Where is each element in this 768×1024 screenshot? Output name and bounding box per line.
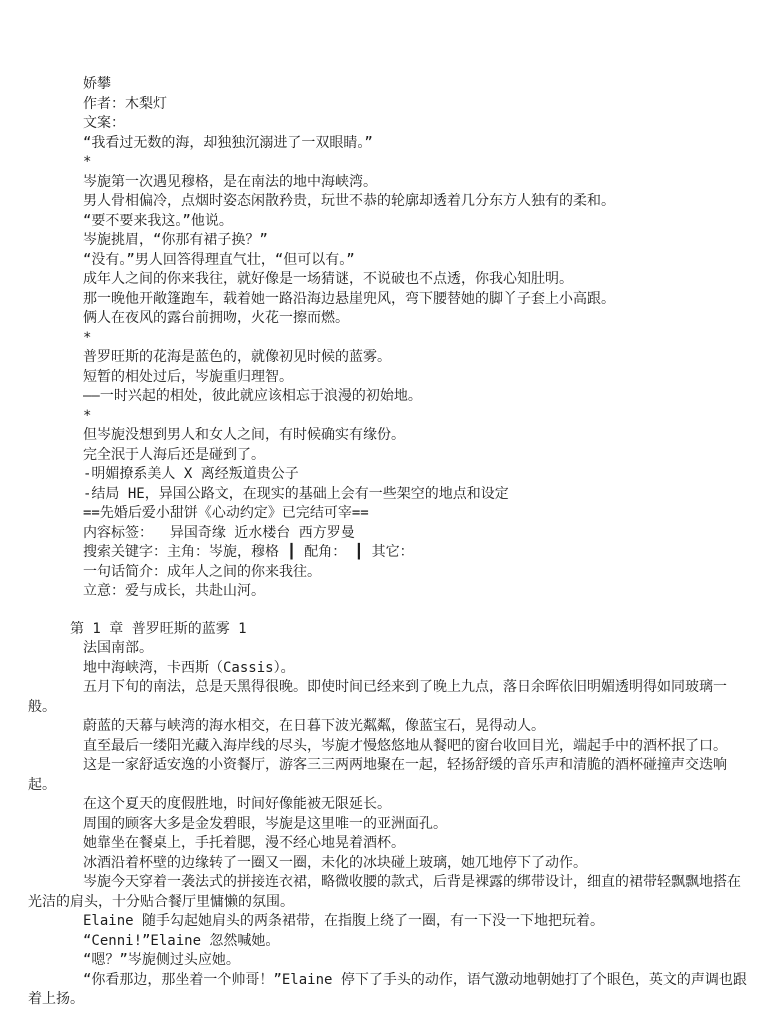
intro-line: “要不要来我这。”他说。 [28, 212, 750, 232]
promo-line: ==先婚后爱小甜饼《心动约定》已完结可宰== [28, 504, 750, 524]
body-paragraph: 岑旎今天穿着一袭法式的拼接连衣裙，略微收腰的款式，后背是裸露的绑带设计，细直的裙… [28, 873, 750, 912]
intro-line: 普罗旺斯的花海是蓝色的，就像初见时候的蓝雾。 [28, 348, 750, 368]
intro-line: “没有。”男人回答得理直气壮，“但可以有。” [28, 251, 750, 271]
search-keywords-line: 搜索关键字：主角：岑旎，穆格 ┃ 配角： ┃ 其它： [28, 543, 750, 563]
body-paragraph: 直至最后一缕阳光藏入海岸线的尽头，岑旎才慢悠悠地从餐吧的窗台收回目光，端起手中的… [28, 737, 750, 757]
synopsis-quote: “我看过无数的海，却独独沉溺进了一双眼睛。” [28, 134, 750, 154]
intro-line: 短暂的相处过后，岑旎重归理智。 [28, 368, 750, 388]
intro-line: ——一时兴起的相处，彼此就应该相忘于浪漫的初始地。 [28, 387, 750, 407]
body-paragraph: 她靠坐在餐桌上，手托着腮，漫不经心地晃着酒杯。 [28, 834, 750, 854]
intro-line: 但岑旎没想到男人和女人之间，有时候确实有缘份。 [28, 426, 750, 446]
document-page: 娇攀 作者：木梨灯 文案： “我看过无数的海，却独独沉溺进了一双眼睛。” * 岑… [0, 0, 768, 1024]
intro-line: 岑旎第一次遇见穆格，是在南法的地中海峡湾。 [28, 173, 750, 193]
intro-line: 岑旎挑眉，“你那有裙子换？” [28, 231, 750, 251]
novel-title: 娇攀 [28, 75, 750, 95]
content-tags-line: 内容标签： 异国奇缘 近水楼台 西方罗曼 [28, 524, 750, 544]
body-paragraph: Elaine 随手勾起她肩头的两条裙带，在指腹上绕了一圈，有一下没一下地把玩着。 [28, 912, 750, 932]
pairing-tag-line: -明媚撩系美人 X 离经叛道贵公子 [28, 465, 750, 485]
ending-note-line: -结局 HE，异国公路文，在现实的基础上会有一些架空的地点和设定 [28, 485, 750, 505]
divider-asterisk: * [28, 407, 750, 427]
intro-line: 男人骨相偏冷，点烟时姿态闲散矜贵，玩世不恭的轮廓却透着几分东方人独有的柔和。 [28, 192, 750, 212]
divider-asterisk: * [28, 329, 750, 349]
body-paragraph: “你看那边，那坐着一个帅哥！”Elaine 停下了手头的动作，语气激动地朝她打了… [28, 971, 750, 1010]
body-paragraph: 地中海峡湾，卡西斯（Cassis）。 [28, 659, 750, 679]
intro-line: 完全泯于人海后还是碰到了。 [28, 446, 750, 466]
author-line: 作者：木梨灯 [28, 95, 750, 115]
novel-header-block: 娇攀 作者：木梨灯 文案： “我看过无数的海，却独独沉溺进了一双眼睛。” * 岑… [28, 75, 750, 602]
body-paragraph: 五月下旬的南法，总是天黑得很晚。即使时间已经来到了晚上九点，落日余晖依旧明媚透明… [28, 678, 750, 717]
body-paragraph: 冰酒沿着杯壁的边缘转了一圈又一圈，未化的冰块碰上玻璃，她兀地停下了动作。 [28, 854, 750, 874]
one-line-summary: 一句话简介：成年人之间的你来我往。 [28, 563, 750, 583]
body-paragraph: 蔚蓝的天幕与峡湾的海水相交，在日暮下波光粼粼，像蓝宝石，晃得动人。 [28, 717, 750, 737]
intro-line: 俩人在夜风的露台前拥吻，火花一擦而燃。 [28, 309, 750, 329]
body-paragraph: 这是一家舒适安逸的小资餐厅，游客三三两两地聚在一起，轻扬舒缓的音乐声和清脆的酒杯… [28, 756, 750, 795]
intro-line: 那一晚他开敞篷跑车，载着她一路沿海边悬崖兜风，弯下腰替她的脚丫子套上小高跟。 [28, 290, 750, 310]
body-paragraph: 法国南部。 [28, 639, 750, 659]
chapter-heading: 第 1 章 普罗旺斯的蓝雾 1 [28, 620, 750, 640]
body-paragraph: 在这个夏天的度假胜地，时间好像能被无限延长。 [28, 795, 750, 815]
body-paragraph: 周围的顾客大多是金发碧眼，岑旎是这里唯一的亚洲面孔。 [28, 815, 750, 835]
body-paragraph: “嗯？”岑旎侧过头应她。 [28, 951, 750, 971]
intro-line: 成年人之间的你来我往，就好像是一场猜谜，不说破也不点透，你我心知肚明。 [28, 270, 750, 290]
theme-line: 立意：爱与成长，共赴山河。 [28, 582, 750, 602]
divider-asterisk: * [28, 153, 750, 173]
body-paragraph: “Cenni!”Elaine 忽然喊她。 [28, 932, 750, 952]
synopsis-label: 文案： [28, 114, 750, 134]
chapter-body: 法国南部。 地中海峡湾，卡西斯（Cassis）。 五月下旬的南法，总是天黑得很晚… [28, 639, 750, 1010]
